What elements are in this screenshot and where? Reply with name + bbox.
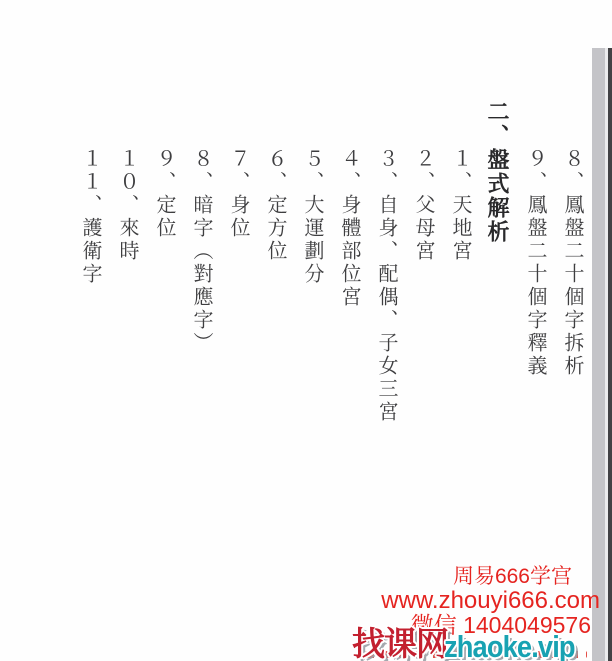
toc-item-8-carryover: ８、鳳盤二十個字拆析 xyxy=(561,100,583,560)
toc-item-8: ８、暗字（對應字） xyxy=(190,100,212,560)
toc-item-9: ９、定位 xyxy=(153,100,175,560)
toc-section-header: 二、盤式解析 xyxy=(486,100,509,560)
scanned-page: ８、鳳盤二十個字拆析 ９、鳳盤二十個字釋義 二、盤式解析 １、天地宮 ２、父母宮… xyxy=(0,0,612,661)
watermark: 找课网zhaoke.vip xyxy=(352,626,593,661)
contact-school-name: 周易666学宫 xyxy=(381,566,572,588)
watermark-site-name-cn: 找课网 xyxy=(352,625,448,661)
scan-dark-edge xyxy=(608,48,612,661)
toc-item-2: ２、父母宮 xyxy=(412,100,434,560)
toc-item-5: ５、大運劃分 xyxy=(301,100,323,560)
toc-item-3: ３、自身、配偶、子女三宮 xyxy=(375,100,397,560)
table-of-contents: ８、鳳盤二十個字拆析 ９、鳳盤二十個字釋義 二、盤式解析 １、天地宮 ２、父母宮… xyxy=(64,100,583,560)
toc-item-11: １１、護衛字 xyxy=(79,100,101,560)
toc-item-4: ４、身體部位宮 xyxy=(338,100,360,560)
watermark-site-domain: zhaoke.vip xyxy=(444,629,575,661)
toc-item-9-carryover: ９、鳳盤二十個字釋義 xyxy=(524,100,546,560)
toc-item-6: ６、定方位 xyxy=(264,100,286,560)
toc-item-10: １０、來時 xyxy=(116,100,138,560)
contact-website-url: www.zhouyi666.com xyxy=(381,588,600,613)
toc-item-1: １、天地宮 xyxy=(449,100,471,560)
toc-item-7: ７、身位 xyxy=(227,100,249,560)
